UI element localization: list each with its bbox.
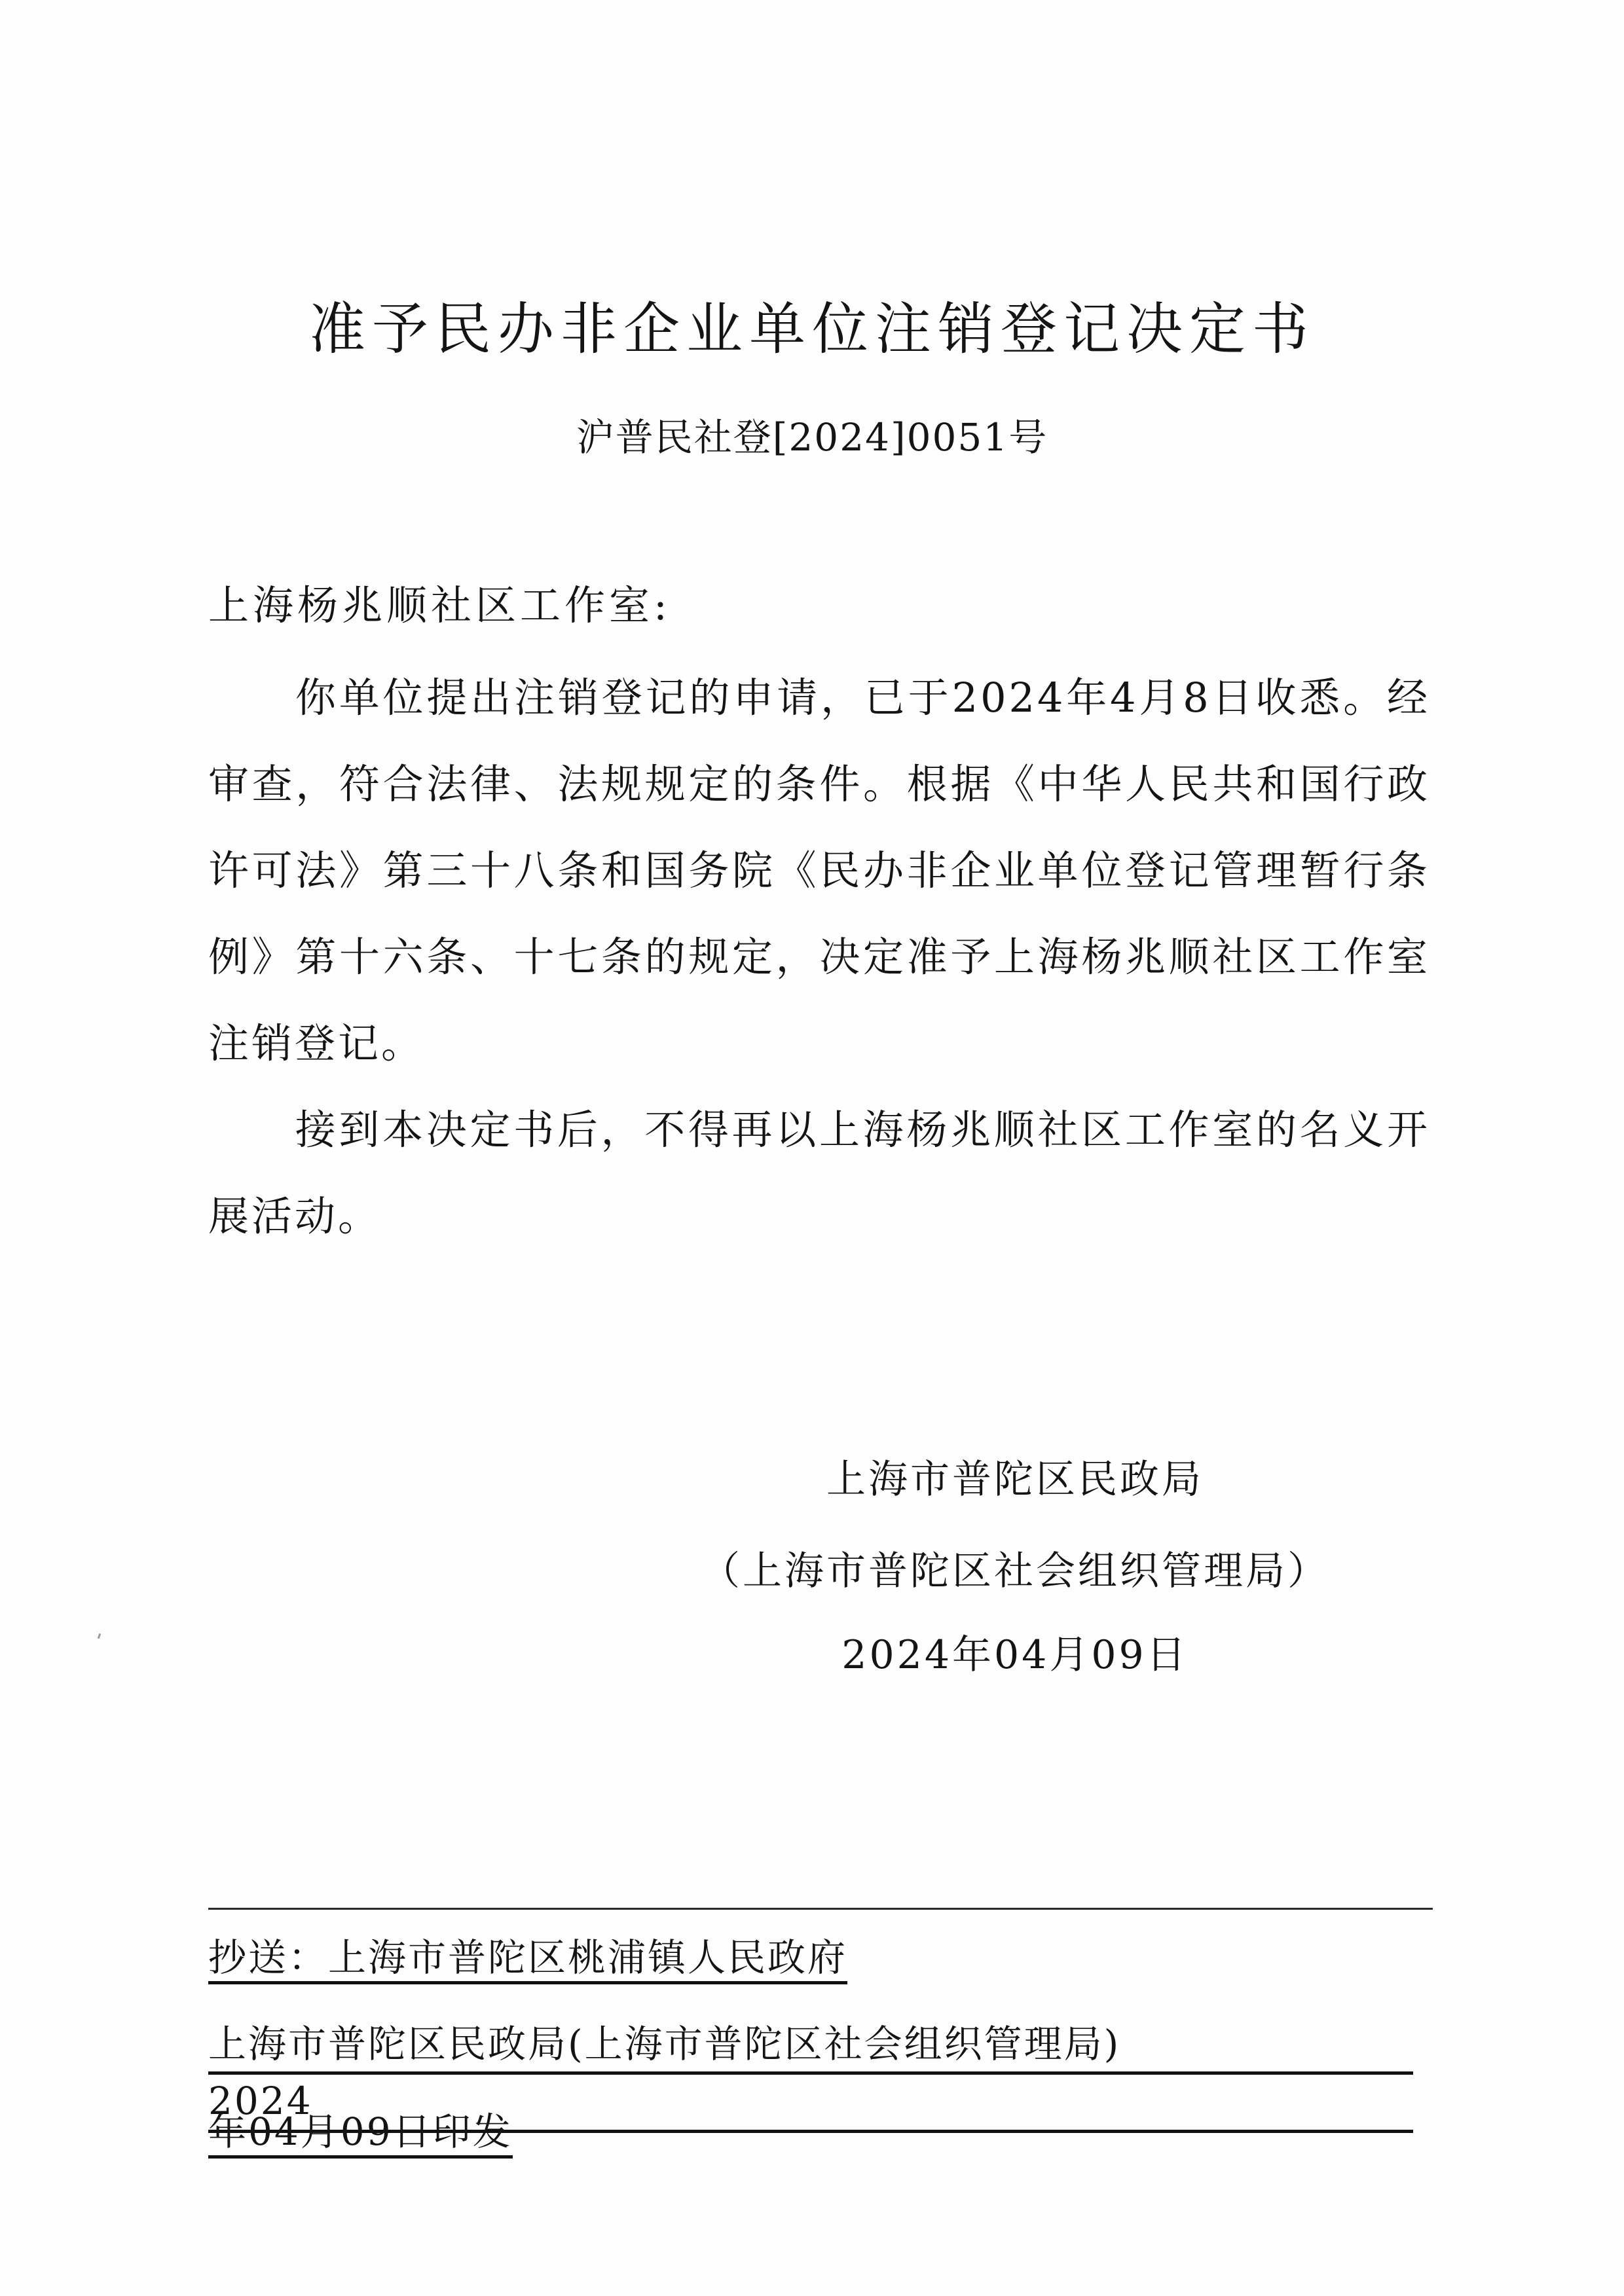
paragraph-text: 接到本决定书后，不得再以上海杨兆顺社区工作室的名义开展活动。 [208, 1106, 1430, 1240]
body-paragraph-2: 接到本决定书后，不得再以上海杨兆顺社区工作室的名义开展活动。 [208, 1087, 1430, 1260]
paragraph-text: 你单位提出注销登记的申请，已于2024年4月8日收悉。经审查，符合法律、法规规定… [208, 674, 1430, 1067]
printer-text: 上海市普陀区民政局(上海市普陀区社会组织管理局) [208, 2018, 1413, 2075]
document-page: 准予民办非企业单位注销登记决定书 沪普民社登[2024]0051号 上海杨兆顺社… [0, 0, 1624, 2296]
print-date-text: 年04月09日印发 [208, 2109, 513, 2159]
issue-date: 2024年04月09日 [655, 1629, 1375, 1681]
cc-text: 抄送：上海市普陀区桃浦镇人民政府 [208, 1935, 847, 1984]
cc-line: 抄送：上海市普陀区桃浦镇人民政府 [208, 1931, 847, 1984]
footer-divider [208, 1908, 1433, 1910]
scan-speck [98, 1633, 101, 1639]
addressee: 上海杨兆顺社区工作室: [208, 576, 671, 635]
issuer-alt-name: （上海市普陀区社会组织管理局） [655, 1545, 1375, 1597]
body-paragraph-1: 你单位提出注销登记的申请，已于2024年4月8日收悉。经审查，符合法律、法规规定… [208, 655, 1430, 1087]
document-title: 准予民办非企业单位注销登记决定书 [0, 293, 1624, 365]
document-number: 沪普民社登[2024]0051号 [0, 411, 1624, 464]
issuer-name: 上海市普陀区民政局 [655, 1453, 1375, 1506]
print-date-line: 年04月09日印发 [208, 2105, 513, 2158]
